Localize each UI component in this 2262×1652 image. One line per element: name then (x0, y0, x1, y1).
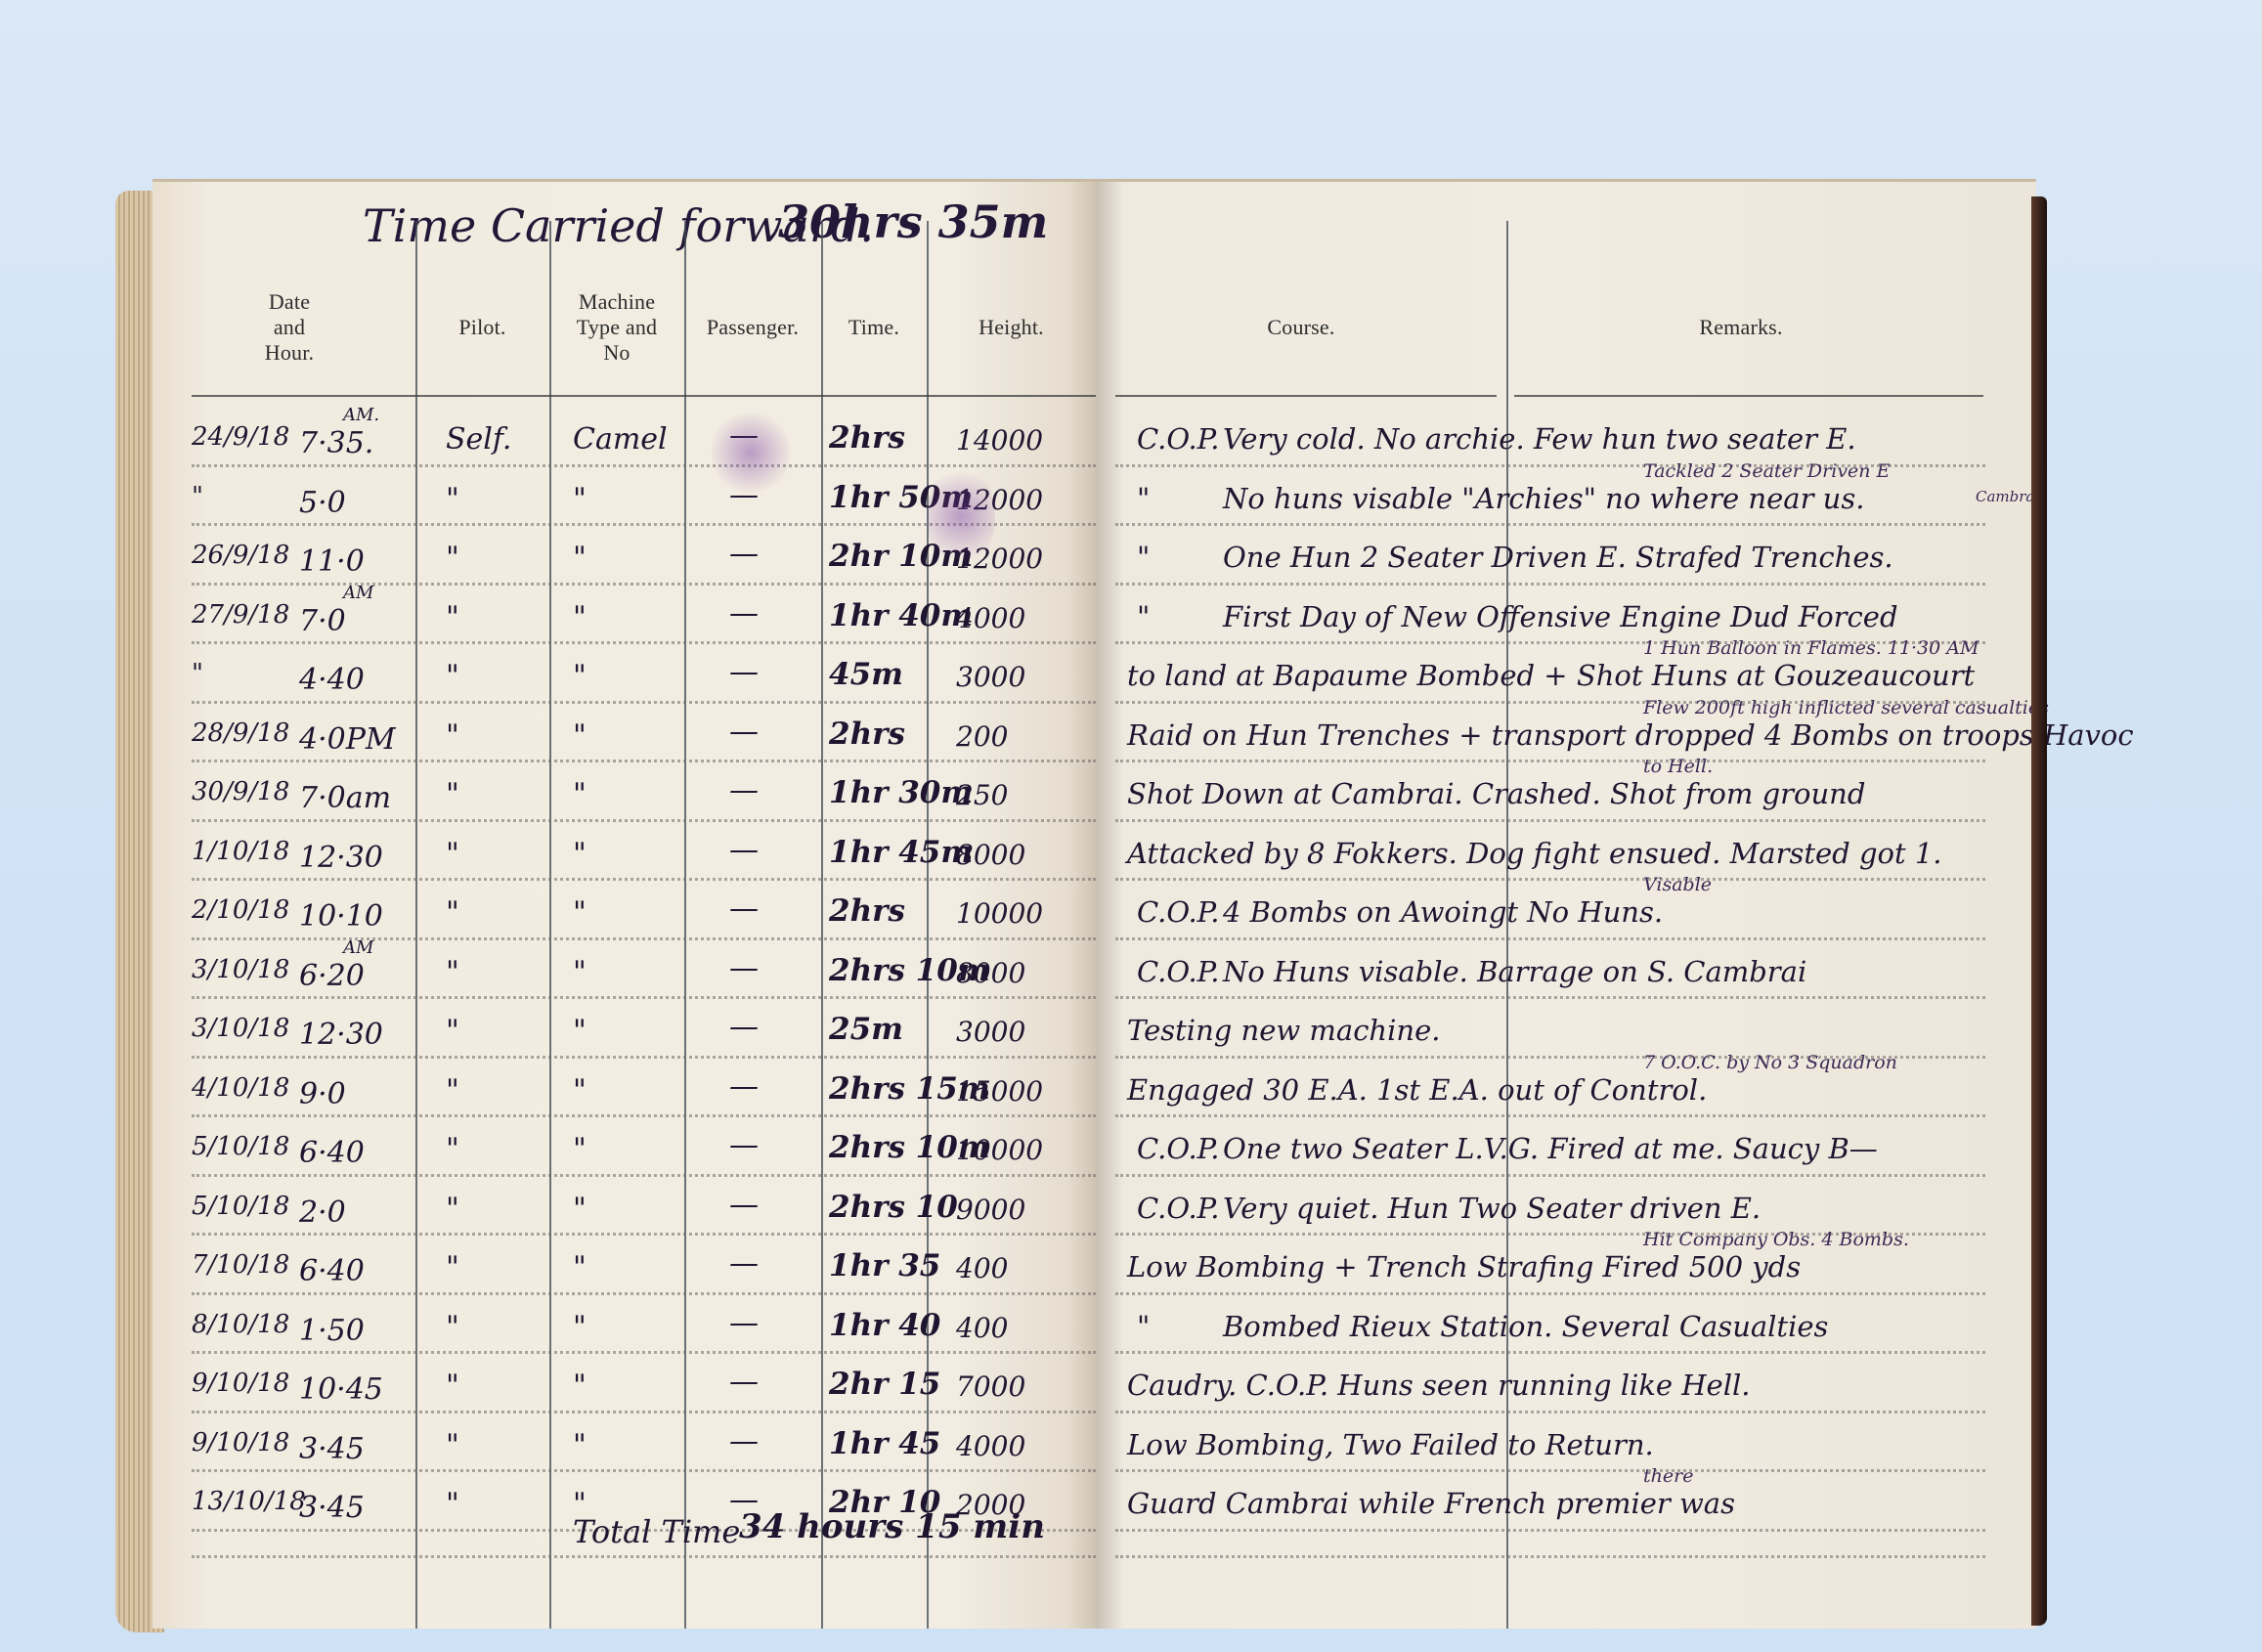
log-pilot: " (446, 1250, 459, 1284)
log-hour: 7·0am (299, 781, 391, 815)
log-height: 9000 (956, 1194, 1025, 1226)
log-date: 5/10/18 (192, 1132, 289, 1161)
log-machine: " (573, 777, 587, 811)
book-cover-edge (2031, 196, 2047, 1626)
log-pilot: " (446, 1487, 459, 1521)
log-height: 15000 (956, 1075, 1043, 1108)
log-hour: 6·40 (299, 1254, 365, 1288)
column-divider (927, 221, 929, 1629)
header-date-line: and (182, 315, 397, 340)
log-flight-time: 1hr 40 (829, 1308, 940, 1343)
log-hour: 10·10 (299, 899, 383, 934)
log-machine: " (573, 1192, 587, 1226)
log-height: 14000 (956, 424, 1043, 456)
log-pilot: " (446, 482, 459, 516)
log-hour: 2·0 (299, 1196, 346, 1230)
column-divider (549, 221, 551, 1629)
log-passenger: — (729, 1306, 759, 1340)
log-passenger: — (729, 773, 759, 807)
ruled-line (1115, 1469, 1985, 1472)
log-date: 24/9/18 (192, 422, 289, 452)
log-machine: " (573, 718, 587, 753)
ruled-line (192, 1351, 1096, 1354)
log-pilot: Self. (446, 422, 511, 456)
log-course: " (1137, 541, 1150, 574)
ruled-line (1115, 1114, 1985, 1117)
carried-forward-value: 30hrs 35m (778, 196, 1048, 248)
log-height: 7000 (956, 1370, 1025, 1403)
log-flight-time: 2hrs 10 (829, 1190, 958, 1225)
ruled-line (1115, 937, 1985, 940)
left-page: Time Carried forward. 30hrs 35m Date and… (152, 179, 1096, 1629)
log-date: 7/10/18 (192, 1250, 289, 1280)
log-am-pm: AM. (343, 405, 379, 425)
ink-smudge (712, 409, 790, 497)
log-annotation: Hit Company Obs. 4 Bombs. (1643, 1229, 1909, 1250)
log-passenger: — (729, 715, 759, 749)
header-rule (1514, 395, 1983, 397)
ruled-line (1115, 1529, 1985, 1532)
log-height: 400 (956, 1312, 1008, 1344)
log-height: 8000 (956, 957, 1025, 989)
log-flight-time: 2hrs (829, 420, 905, 456)
log-date: 9/10/18 (192, 1428, 289, 1457)
ruled-line (192, 583, 1096, 586)
ruled-line (1115, 1351, 1985, 1354)
ruled-line (192, 1233, 1096, 1236)
log-pilot: " (446, 718, 459, 753)
log-course: " (1137, 600, 1150, 633)
log-passenger: — (729, 1069, 759, 1104)
ruled-line (192, 1056, 1096, 1059)
log-machine: " (573, 1310, 587, 1344)
log-machine: " (573, 955, 587, 989)
ruled-line (192, 937, 1096, 940)
log-annotation: Visable (1643, 874, 1712, 895)
log-date: 27/9/18 (192, 600, 289, 630)
log-passenger: — (729, 1424, 759, 1458)
log-pilot: " (446, 600, 459, 634)
log-flight-time: 1hr 40m (829, 598, 973, 633)
log-flight-time: 1hr 35 (829, 1248, 940, 1283)
log-hour: 12·30 (299, 841, 383, 875)
log-flight-time: 2hrs (829, 893, 905, 929)
right-page: Course. Remarks. C.O.P.Very cold. No arc… (1096, 179, 2036, 1629)
log-pilot: " (446, 777, 459, 811)
log-passenger: — (729, 655, 759, 689)
header-date-line: Date (182, 289, 397, 315)
log-passenger: — (729, 951, 759, 985)
log-height: 10000 (956, 897, 1043, 930)
log-remarks: 4 Bombs on Awoingt No Huns. (1223, 895, 1663, 929)
ruled-line (192, 1411, 1096, 1413)
ruled-line (1115, 583, 1985, 586)
log-annotation: 7 O.O.C. by No 3 Squadron (1643, 1052, 1897, 1073)
log-course: C.O.P. (1137, 422, 1220, 456)
log-pilot: " (446, 1073, 459, 1108)
log-height: 10000 (956, 1134, 1043, 1166)
header-height: Height. (927, 315, 1096, 340)
log-flight-time: 2hr 15 (829, 1367, 940, 1402)
log-course: " (1137, 1310, 1150, 1343)
ruled-line (192, 1555, 1096, 1558)
log-hour: 4·40 (299, 663, 365, 697)
log-machine: " (573, 1250, 587, 1284)
ruled-line (1115, 819, 1985, 822)
log-passenger: — (729, 1128, 759, 1162)
log-hour: 5·0 (299, 486, 346, 520)
ruled-line (1115, 996, 1985, 999)
log-pilot: " (446, 837, 459, 871)
ruled-line (1115, 523, 1985, 526)
log-height: 4000 (956, 602, 1025, 634)
log-course: C.O.P. (1137, 955, 1220, 988)
log-passenger: — (729, 1246, 759, 1281)
log-course: C.O.P. (1137, 895, 1220, 929)
log-machine: " (573, 1073, 587, 1108)
log-remarks: Attacked by 8 Fokkers. Dog fight ensued.… (1127, 837, 1942, 870)
log-height: 250 (956, 779, 1008, 811)
log-date: 5/10/18 (192, 1192, 289, 1221)
log-passenger: — (729, 891, 759, 926)
column-divider (415, 221, 417, 1629)
log-annotation: Cambrai (1976, 488, 2039, 505)
log-remarks: Shot Down at Cambrai. Crashed. Shot from… (1127, 777, 1865, 810)
log-passenger: — (729, 1010, 759, 1044)
log-hour: 9·0 (299, 1077, 346, 1111)
log-hour: 6·20 (299, 959, 365, 993)
ruled-line (1115, 1411, 1985, 1413)
log-flight-time: 45m (829, 657, 903, 692)
log-remarks: Raid on Hun Trenches + transport dropped… (1127, 718, 2134, 752)
ink-smudge (927, 462, 995, 570)
log-remarks: to land at Bapaume Bombed + Shot Huns at… (1127, 659, 1975, 692)
log-height: 8000 (956, 839, 1025, 871)
header-machine-line: No (549, 340, 684, 366)
log-hour: 6·40 (299, 1136, 365, 1170)
ruled-line (1115, 1555, 1985, 1558)
log-hour: 7·0 (299, 604, 346, 638)
header-course: Course. (1096, 315, 1506, 340)
log-date: 26/9/18 (192, 541, 289, 570)
log-date: 2/10/18 (192, 895, 289, 925)
log-pilot: " (446, 1310, 459, 1344)
log-pilot: " (446, 659, 459, 693)
log-course: C.O.P. (1137, 1192, 1220, 1225)
log-height: 4000 (956, 1430, 1025, 1462)
log-pilot: " (446, 1014, 459, 1048)
log-annotation: Flew 200ft high inflicted several casual… (1643, 697, 2049, 718)
ruled-line (192, 1174, 1096, 1177)
log-machine: " (573, 1014, 587, 1048)
ruled-line (192, 878, 1096, 881)
log-remarks: Caudry. C.O.P. Huns seen running like He… (1127, 1369, 1751, 1402)
log-machine: " (573, 541, 587, 575)
log-remarks: No Huns visable. Barrage on S. Cambrai (1223, 955, 1806, 988)
column-divider (821, 221, 823, 1629)
header-date-line: Hour. (182, 340, 397, 366)
header-machine: Machine Type and No (549, 289, 684, 366)
log-course: C.O.P. (1137, 1132, 1220, 1165)
log-hour: 4·0PM (299, 722, 396, 757)
ruled-line (1115, 760, 1985, 762)
log-remarks: Very quiet. Hun Two Seater driven E. (1223, 1192, 1761, 1225)
ruled-line (1115, 1292, 1985, 1295)
log-date: " (192, 659, 203, 688)
ruled-line (192, 641, 1096, 644)
header-remarks: Remarks. (1506, 315, 1976, 340)
log-flight-time: 2hrs (829, 717, 905, 752)
log-passenger: — (729, 537, 759, 571)
log-flight-time: 1hr 45 (829, 1426, 940, 1461)
log-passenger: — (729, 596, 759, 630)
log-annotation: to Hell. (1643, 756, 1713, 777)
log-remarks: Testing new machine. (1127, 1014, 1440, 1047)
log-machine: " (573, 482, 587, 516)
log-machine: Camel (573, 422, 668, 456)
log-date: 13/10/18 (192, 1487, 306, 1516)
ruled-line (192, 1114, 1096, 1117)
log-pilot: " (446, 1369, 459, 1403)
log-hour: 7·35. (299, 426, 373, 460)
log-date: " (192, 482, 203, 511)
log-height: 3000 (956, 1016, 1025, 1048)
header-time: Time. (821, 315, 927, 340)
log-date: 30/9/18 (192, 777, 289, 806)
log-annotation: Tackled 2 Seater Driven E (1643, 460, 1890, 482)
log-date: 4/10/18 (192, 1073, 289, 1103)
ruled-line (192, 1469, 1096, 1472)
log-remarks: Guard Cambrai while French premier was (1127, 1487, 1735, 1520)
log-flight-time: 25m (829, 1012, 903, 1047)
log-pilot: " (446, 1192, 459, 1226)
log-hour: 3·45 (299, 1432, 365, 1466)
ruled-line (192, 1292, 1096, 1295)
log-pilot: " (446, 1132, 459, 1166)
log-height: 400 (956, 1252, 1008, 1284)
ruled-line (1115, 878, 1985, 881)
log-date: 3/10/18 (192, 955, 289, 984)
ruled-line (192, 760, 1096, 762)
log-remarks: One two Seater L.V.G. Fired at me. Saucy… (1223, 1132, 1878, 1165)
log-hour: 3·45 (299, 1491, 365, 1525)
total-time-label: Total Time (573, 1513, 740, 1550)
log-flight-time: 1hr 45m (829, 835, 973, 870)
log-height: 200 (956, 720, 1008, 753)
log-pilot: " (446, 955, 459, 989)
header-date-hour: Date and Hour. (182, 289, 397, 366)
log-machine: " (573, 1428, 587, 1462)
log-remarks: Very cold. No archie. Few hun two seater… (1223, 422, 1856, 456)
ruled-line (192, 701, 1096, 704)
total-time-value: 34 hours 15 min (739, 1507, 1045, 1546)
log-date: 3/10/18 (192, 1014, 289, 1043)
log-pilot: " (446, 895, 459, 930)
log-am-pm: AM (343, 937, 373, 958)
log-passenger: — (729, 1188, 759, 1222)
log-machine: " (573, 1369, 587, 1403)
log-passenger: — (729, 833, 759, 867)
log-machine: " (573, 895, 587, 930)
log-remarks: Engaged 30 E.A. 1st E.A. out of Control. (1127, 1073, 1707, 1107)
log-hour: 10·45 (299, 1372, 383, 1407)
ruled-line (192, 819, 1096, 822)
log-machine: " (573, 1132, 587, 1166)
log-machine: " (573, 659, 587, 693)
log-am-pm: AM (343, 583, 373, 603)
log-date: 28/9/18 (192, 718, 289, 748)
log-annotation: 1 Hun Balloon in Flames. 11·30 AM (1643, 637, 1979, 659)
log-remarks: First Day of New Offensive Engine Dud Fo… (1223, 600, 1898, 633)
log-remarks: One Hun 2 Seater Driven E. Strafed Trenc… (1223, 541, 1893, 574)
log-remarks: Bombed Rieux Station. Several Casualties (1223, 1310, 1828, 1343)
header-rule (192, 395, 1096, 397)
log-height: 3000 (956, 661, 1025, 693)
header-machine-line: Machine (549, 289, 684, 315)
log-pilot: " (446, 541, 459, 575)
log-machine: " (573, 837, 587, 871)
ruled-line (1115, 1174, 1985, 1177)
log-remarks: No huns visable "Archies" no where near … (1223, 482, 1864, 515)
log-remarks: Low Bombing, Two Failed to Return. (1127, 1428, 1654, 1461)
log-machine: " (573, 600, 587, 634)
log-pilot: " (446, 1428, 459, 1462)
log-date: 1/10/18 (192, 837, 289, 866)
header-rule (1115, 395, 1497, 397)
column-divider (684, 221, 686, 1629)
log-annotation: there (1643, 1465, 1693, 1487)
log-course: " (1137, 482, 1150, 515)
log-hour: 1·50 (299, 1314, 365, 1348)
log-flight-time: 1hr 30m (829, 775, 973, 810)
header-passenger: Passenger. (684, 315, 821, 340)
header-pilot: Pilot. (415, 315, 549, 340)
ruled-line (192, 996, 1096, 999)
log-book: Time Carried forward. 30hrs 35m Date and… (115, 179, 2046, 1637)
log-date: 9/10/18 (192, 1369, 289, 1398)
log-passenger: — (729, 1365, 759, 1399)
header-machine-line: Type and (549, 315, 684, 340)
log-hour: 12·30 (299, 1018, 383, 1052)
log-date: 8/10/18 (192, 1310, 289, 1339)
log-remarks: Low Bombing + Trench Strafing Fired 500 … (1127, 1250, 1801, 1283)
log-hour: 11·0 (299, 544, 365, 579)
